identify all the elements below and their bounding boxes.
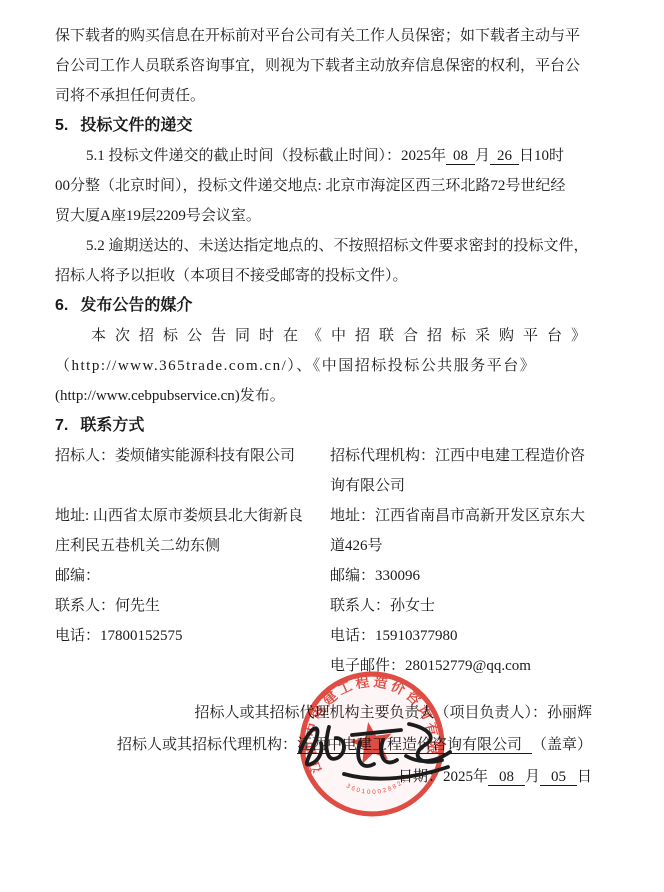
tenderer-address: 庄利民五巷机关二幼东侧 <box>55 531 330 561</box>
clause-5-1-text: 5.1 投标文件递交的截止时间（投标截止时间）：2025年 <box>86 148 446 164</box>
deadline-month-value: 08 <box>446 148 475 165</box>
document-page: 保下载者的购买信息在开标前对平台公司有关工作人员保密；如下载者主动与平 台公司工… <box>0 0 664 892</box>
tenderer-postcode: 邮编： <box>55 561 330 591</box>
agency-phone: 电话：15910377980 <box>330 621 610 651</box>
section-6-title: 发布公告的媒介 <box>80 297 192 314</box>
org-suffix: （盖章） <box>532 737 592 753</box>
date-day-value: 05 <box>540 769 577 786</box>
agency-name: 招标代理机构：江西中电建工程造价咨 <box>330 441 610 471</box>
clause-5-1-text: 日10时 <box>519 148 564 164</box>
clause-5-1-line: 00分整（北京时间），投标文件递交地点: 北京市海淀区西三环北路72号世纪经 <box>55 171 610 201</box>
date-mid: 月 <box>525 769 540 785</box>
date-month-value: 08 <box>488 769 525 786</box>
spacer <box>55 471 330 501</box>
contact-agency-column: 招标代理机构：江西中电建工程造价咨 询有限公司 地址：江西省南昌市高新开发区京东… <box>330 441 610 681</box>
tenderer-contact-person: 联系人：何先生 <box>55 591 330 621</box>
agency-name: 询有限公司 <box>330 471 610 501</box>
agency-address: 道426号 <box>330 531 610 561</box>
section-6-heading: 6.发布公告的媒介 <box>55 291 610 321</box>
clause-5-1-text: 月 <box>475 148 490 164</box>
section-7-title: 联系方式 <box>80 417 144 434</box>
contact-table: 招标人：娄烦储实能源科技有限公司 地址: 山西省太原市娄烦县北大街新良 庄利民五… <box>55 441 610 681</box>
tenderer-phone: 电话：17800152575 <box>55 621 330 651</box>
media-url-line: (http://www.cebpubservice.cn)发布。 <box>55 381 610 411</box>
contact-tenderer-column: 招标人：娄烦储实能源科技有限公司 地址: 山西省太原市娄烦县北大街新良 庄利民五… <box>55 441 330 681</box>
deadline-day-value: 26 <box>490 148 519 165</box>
spacer <box>55 651 330 681</box>
clause-5-1-line: 贸大厦A座19层2209号会议室。 <box>55 201 610 231</box>
intro-line: 台公司工作人员联系咨询事宜，则视为下载者主动放弃信息保密的权利，平台公 <box>55 51 610 81</box>
intro-line: 司将不承担任何责任。 <box>55 81 610 111</box>
intro-line: 保下载者的购买信息在开标前对平台公司有关工作人员保密；如下载者主动与平 <box>55 21 610 51</box>
section-5-title: 投标文件的递交 <box>80 117 192 134</box>
media-line: 本次招标公告同时在《中招联合招标采购平台》 <box>55 321 610 351</box>
clause-5-1-line: 5.1 投标文件递交的截止时间（投标截止时间）：2025年08月26日10时 <box>55 141 610 171</box>
agency-address: 地址：江西省南昌市高新开发区京东大 <box>330 501 610 531</box>
org-prefix: 招标人或其招标代理机构： <box>117 737 297 753</box>
section-5-number: 5. <box>55 117 68 134</box>
section-7-number: 7. <box>55 417 68 434</box>
agency-postcode: 邮编：330096 <box>330 561 610 591</box>
agency-contact-person: 联系人：孙女士 <box>330 591 610 621</box>
clause-5-2-line: 招标人将予以拒收（本项目不接受邮寄的投标文件）。 <box>55 261 610 291</box>
tenderer-name: 招标人：娄烦储实能源科技有限公司 <box>55 441 330 471</box>
section-5-heading: 5.投标文件的递交 <box>55 111 610 141</box>
tenderer-address: 地址: 山西省太原市娄烦县北大街新良 <box>55 501 330 531</box>
clause-5-2-line: 5.2 逾期送达的、未送达指定地点的、不按照招标文件要求密封的投标文件， <box>55 231 610 261</box>
section-6-number: 6. <box>55 297 68 314</box>
media-url-line: （http://www.365trade.com.cn/）、《中国招标投标公共服… <box>55 351 610 381</box>
section-7-heading: 7.联系方式 <box>55 411 610 441</box>
handwritten-signature <box>288 712 464 788</box>
date-suffix: 日 <box>577 769 592 785</box>
